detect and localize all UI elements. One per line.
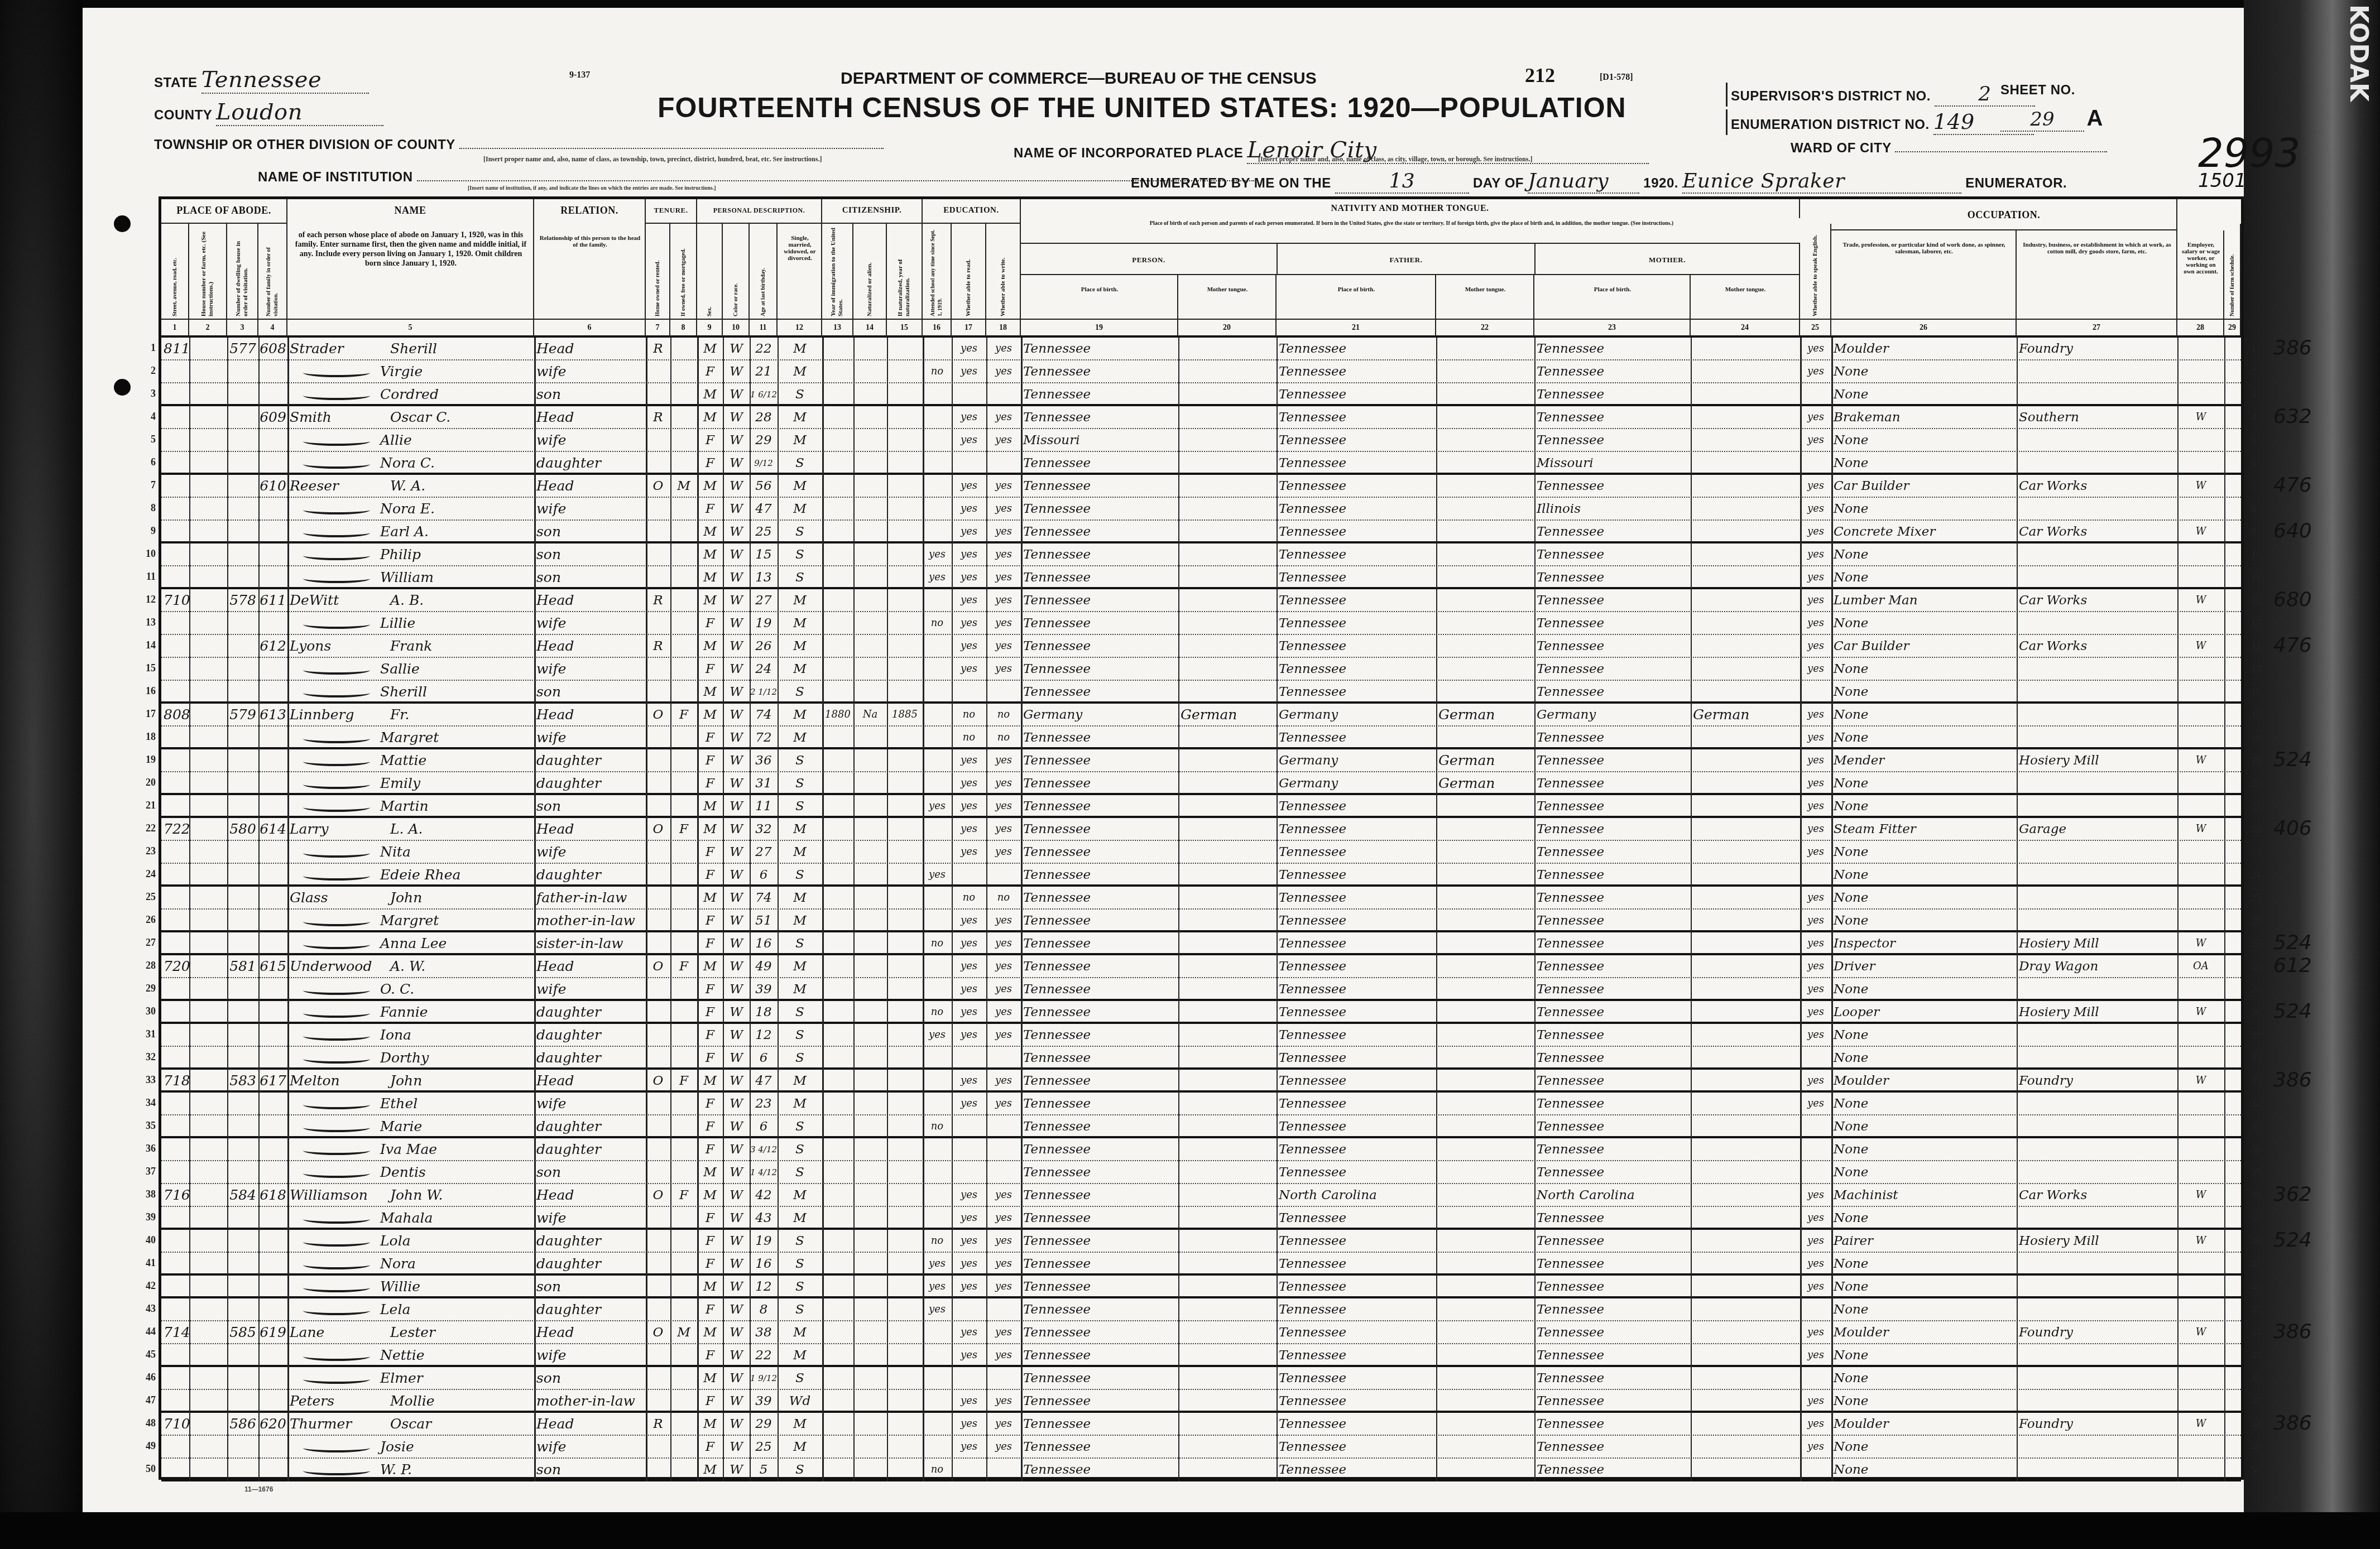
home-owned xyxy=(646,658,670,681)
father-tongue xyxy=(1436,1207,1534,1230)
relation: Head xyxy=(534,1184,646,1207)
immigration-year: 1880 xyxy=(822,704,853,727)
family-number xyxy=(258,360,287,383)
line-number-right: 36 xyxy=(2251,1144,2273,1156)
ditto-mark xyxy=(303,872,370,881)
house-number xyxy=(161,543,227,566)
relation: wife xyxy=(534,978,646,1001)
mother-birthplace: Tennessee xyxy=(1534,1138,1691,1161)
industry xyxy=(2017,543,2177,566)
race: W xyxy=(723,887,750,910)
given-name: Sherill xyxy=(380,684,427,700)
trade: Moulder xyxy=(1831,1070,2017,1093)
trade: None xyxy=(1831,1436,2017,1459)
mortgage xyxy=(670,1230,697,1253)
occupation-code: 386 xyxy=(2273,1320,2312,1343)
column-header-label: Employer, salary or wage worker, or work… xyxy=(2180,240,2222,276)
attended-school xyxy=(923,1367,952,1390)
trade: None xyxy=(1831,772,2017,795)
father-birthplace: Tennessee xyxy=(1277,383,1436,406)
person-name: DeWittA. B. xyxy=(287,589,534,612)
table-row: 37DentissonMW1 4/12STennesseeTennesseeTe… xyxy=(161,1161,2241,1184)
father-birthplace: Tennessee xyxy=(1277,589,1436,612)
race: W xyxy=(723,1459,750,1481)
house-number xyxy=(161,864,227,887)
column-number: 20 xyxy=(1178,320,1277,336)
attended-school xyxy=(923,429,952,452)
home-owned xyxy=(646,864,670,887)
ditto-mark xyxy=(303,1146,370,1155)
table-row: 8Nora E.wifeFW47MyesyesTennesseeTennesse… xyxy=(161,498,2241,521)
mortgage xyxy=(670,521,697,543)
table-row: 18MargretwifeFW72MnonoTennesseeTennessee… xyxy=(161,727,2241,749)
census-sheet: STATE Tennessee COUNTY Loudon TOWNSHIP O… xyxy=(83,8,2244,1512)
immigration-year xyxy=(822,589,853,612)
birthplace: Tennessee xyxy=(1021,612,1178,635)
can-write: yes xyxy=(986,338,1021,360)
occupation-code: 386 xyxy=(2273,1069,2312,1091)
mother-tongue xyxy=(1178,955,1277,978)
column-header-label: Mother tongue. xyxy=(1438,285,1532,294)
attended-school xyxy=(923,727,952,749)
line-number-right: 10 xyxy=(2251,549,2273,561)
marital-status: S xyxy=(778,1161,822,1184)
marital-status: S xyxy=(778,452,822,475)
race: W xyxy=(723,658,750,681)
worker-class xyxy=(2177,1115,2224,1138)
surname: Williamson xyxy=(290,1184,390,1206)
person-name: ReeserW. A. xyxy=(287,475,534,498)
family-number: 612 xyxy=(258,635,287,658)
speaks-english: yes xyxy=(1800,1321,1831,1344)
father-tongue xyxy=(1436,383,1534,406)
line-number-right: 35 xyxy=(2251,1121,2273,1133)
age: 27 xyxy=(750,841,778,864)
punch-hole xyxy=(114,215,131,232)
line-number: 40 xyxy=(130,1234,156,1246)
speaks-english xyxy=(1800,383,1831,406)
film-border-left xyxy=(0,0,83,1549)
given-name: William xyxy=(380,569,434,585)
person-name: Allie xyxy=(287,429,534,452)
home-owned xyxy=(646,1047,670,1070)
given-name: Josie xyxy=(380,1439,414,1455)
marital-status: M xyxy=(778,612,822,635)
given-name: Cordred xyxy=(380,386,439,402)
sex: F xyxy=(697,452,723,475)
father-birthplace: Tennessee xyxy=(1277,475,1436,498)
relation: daughter xyxy=(534,749,646,772)
mother-mother-tongue xyxy=(1691,1276,1800,1298)
attended-school xyxy=(923,1344,952,1367)
column-header-17: Whether able to read. xyxy=(952,224,986,319)
house-number xyxy=(161,1001,227,1024)
father-birthplace: Tennessee xyxy=(1277,429,1436,452)
speaks-english: yes xyxy=(1800,521,1831,543)
line-number-right: 38 xyxy=(2251,1190,2273,1201)
home-owned xyxy=(646,795,670,818)
surname: DeWitt xyxy=(290,589,390,612)
father-tongue xyxy=(1436,1047,1534,1070)
birthplace: Tennessee xyxy=(1021,360,1178,383)
age: 39 xyxy=(750,1390,778,1413)
father-tongue xyxy=(1436,932,1534,955)
race: W xyxy=(723,841,750,864)
column-header-16: Attended school any time since Sept. 1, … xyxy=(923,224,952,319)
mother-mother-tongue xyxy=(1691,1436,1800,1459)
trade: None xyxy=(1831,1276,2017,1298)
naturalization-year xyxy=(887,910,923,932)
attended-school xyxy=(923,841,952,864)
father-birthplace: Tennessee xyxy=(1277,1436,1436,1459)
column-header-10: Color or race. xyxy=(723,224,750,319)
father-tongue xyxy=(1436,1413,1534,1436)
occupation-code: 524 xyxy=(2273,748,2312,771)
can-read: yes xyxy=(952,1276,986,1298)
line-number: 31 xyxy=(130,1028,156,1040)
birthplace: Tennessee xyxy=(1021,338,1178,360)
birthplace: Tennessee xyxy=(1021,1024,1178,1047)
immigration-year xyxy=(822,910,853,932)
ditto-mark xyxy=(303,1169,370,1178)
house-number xyxy=(161,1390,227,1413)
trade: None xyxy=(1831,727,2017,749)
farm-schedule xyxy=(2224,818,2241,841)
ditto-mark xyxy=(303,666,370,675)
ditto-mark xyxy=(303,1100,370,1109)
column-header-label: Color or race. xyxy=(732,226,740,316)
line-number-right: 17 xyxy=(2251,709,2273,721)
column-rule xyxy=(287,338,289,1481)
sex: F xyxy=(697,932,723,955)
column-number: 11 xyxy=(750,320,778,336)
immigration-year xyxy=(822,406,853,429)
line-number-right: 31 xyxy=(2251,1030,2273,1041)
given-name: John W. xyxy=(390,1187,443,1203)
table-row: 27Anna Leesister-in-lawFW16SnoyesyesTenn… xyxy=(161,932,2241,955)
line-number-right: 19 xyxy=(2251,755,2273,767)
trade: None xyxy=(1831,1459,2017,1481)
trade: Car Builder xyxy=(1831,475,2017,498)
given-name: Fannie xyxy=(380,1004,428,1020)
speaks-english: yes xyxy=(1800,749,1831,772)
industry xyxy=(2017,681,2177,704)
mother-mother-tongue xyxy=(1691,1161,1800,1184)
ditto-mark xyxy=(303,1352,370,1361)
house-number xyxy=(161,681,227,704)
naturalization-year xyxy=(887,1184,923,1207)
immigration-year xyxy=(822,612,853,635)
speaks-english: yes xyxy=(1800,1093,1831,1115)
column-header-26: Trade, profession, or particular kind of… xyxy=(1831,230,2017,319)
can-write: yes xyxy=(986,841,1021,864)
industry xyxy=(2017,1115,2177,1138)
can-write: yes xyxy=(986,1024,1021,1047)
mother-birthplace: Tennessee xyxy=(1534,887,1691,910)
can-read: yes xyxy=(952,1024,986,1047)
person-name: W. P. xyxy=(287,1459,534,1481)
mother-birthplace: Tennessee xyxy=(1534,1321,1691,1344)
worker-class: W xyxy=(2177,932,2224,955)
birthplace: Tennessee xyxy=(1021,1390,1178,1413)
mother-tongue xyxy=(1178,1024,1277,1047)
relation: Head xyxy=(534,635,646,658)
occupation-code: 640 xyxy=(2273,519,2312,542)
race: W xyxy=(723,1276,750,1298)
can-read: yes xyxy=(952,429,986,452)
farm-schedule xyxy=(2224,1436,2241,1459)
relation: wife xyxy=(534,429,646,452)
father-birthplace: Tennessee xyxy=(1277,1276,1436,1298)
given-name: Mattie xyxy=(380,752,426,768)
column-rule xyxy=(986,338,987,1481)
dwelling-number: 579 xyxy=(227,704,258,727)
trade: None xyxy=(1831,887,2017,910)
immigration-year xyxy=(822,841,853,864)
can-write: yes xyxy=(986,589,1021,612)
line-number-right: 13 xyxy=(2251,618,2273,629)
house-number xyxy=(161,1047,227,1070)
given-name: Emily xyxy=(380,775,420,791)
mother-tongue xyxy=(1178,589,1277,612)
can-read: yes xyxy=(952,635,986,658)
home-owned xyxy=(646,841,670,864)
surname: Smith xyxy=(290,406,390,429)
worker-class xyxy=(2177,452,2224,475)
naturalized xyxy=(853,360,887,383)
father-birthplace: Tennessee xyxy=(1277,498,1436,521)
column-rule xyxy=(1436,338,1437,1481)
industry xyxy=(2017,864,2177,887)
naturalized xyxy=(853,910,887,932)
relation: mother-in-law xyxy=(534,910,646,932)
industry xyxy=(2017,1047,2177,1070)
attended-school xyxy=(923,910,952,932)
relation: son xyxy=(534,1161,646,1184)
naturalized xyxy=(853,1161,887,1184)
dwelling-number xyxy=(227,1436,258,1459)
marital-status: M xyxy=(778,589,822,612)
sex: M xyxy=(697,1367,723,1390)
surname: Linnberg xyxy=(290,704,390,726)
mother-mother-tongue xyxy=(1691,1184,1800,1207)
family-number: 615 xyxy=(258,955,287,978)
mother-tongue xyxy=(1178,1001,1277,1024)
race: W xyxy=(723,452,750,475)
given-name: L. A. xyxy=(390,821,423,837)
house-number xyxy=(161,795,227,818)
dwelling-number xyxy=(227,635,258,658)
immigration-year xyxy=(822,1436,853,1459)
birthplace: Tennessee xyxy=(1021,1161,1178,1184)
column-header-19: Place of birth. xyxy=(1021,275,1178,319)
line-number: 6 xyxy=(130,456,156,468)
farm-schedule xyxy=(2224,1138,2241,1161)
trade: Moulder xyxy=(1831,338,2017,360)
speaks-english: yes xyxy=(1800,498,1831,521)
group-education: EDUCATION. xyxy=(923,199,1021,224)
person-name: Nettie xyxy=(287,1344,534,1367)
mortgage: F xyxy=(670,818,697,841)
father-birthplace: North Carolina xyxy=(1277,1184,1436,1207)
naturalized xyxy=(853,772,887,795)
person-name: Mahala xyxy=(287,1207,534,1230)
birthplace: Tennessee xyxy=(1021,955,1178,978)
father-tongue xyxy=(1436,406,1534,429)
marital-status: M xyxy=(778,498,822,521)
line-number-right: 25 xyxy=(2251,892,2273,904)
mortgage xyxy=(670,338,697,360)
father-birthplace: Tennessee xyxy=(1277,932,1436,955)
age: 1 9/12 xyxy=(750,1367,778,1390)
can-write xyxy=(986,1161,1021,1184)
enumeration-district-field: ENUMERATION DISTRICT NO. 149 xyxy=(1726,109,2034,135)
house-number xyxy=(161,1161,227,1184)
can-write: yes xyxy=(986,1093,1021,1115)
occupation-code: 476 xyxy=(2273,634,2312,657)
mortgage xyxy=(670,1161,697,1184)
farm-schedule xyxy=(2224,406,2241,429)
naturalized xyxy=(853,543,887,566)
father-tongue xyxy=(1436,429,1534,452)
relation: wife xyxy=(534,1207,646,1230)
given-name: Mollie xyxy=(390,1393,434,1409)
mother-tongue xyxy=(1178,475,1277,498)
line-number: 44 xyxy=(130,1326,156,1338)
mother-tongue xyxy=(1178,841,1277,864)
home-owned: O xyxy=(646,1321,670,1344)
birthplace: Tennessee xyxy=(1021,1070,1178,1093)
mother-tongue xyxy=(1178,1184,1277,1207)
table-row: 22LarryL. A.722580614HeadOFMW32MyesyesTe… xyxy=(161,818,2241,841)
can-read: yes xyxy=(952,1070,986,1093)
mother-birthplace: Missouri xyxy=(1534,452,1691,475)
column-rule xyxy=(887,338,888,1481)
house-number xyxy=(161,1093,227,1115)
column-header-15: If naturalized, year of naturalization. xyxy=(887,224,923,319)
enumerated-label: ENUMERATED BY ME ON THE xyxy=(1131,176,1331,191)
column-header-label: If naturalized, year of naturalization. xyxy=(897,226,911,316)
sex: F xyxy=(697,1298,723,1321)
immigration-year xyxy=(822,887,853,910)
sex: F xyxy=(697,1001,723,1024)
occupation-code: 632 xyxy=(2273,405,2312,428)
mother-mother-tongue xyxy=(1691,1390,1800,1413)
speaks-english: yes xyxy=(1800,955,1831,978)
given-name: Sherill xyxy=(390,340,437,357)
birthplace: Tennessee xyxy=(1021,1298,1178,1321)
naturalization-year xyxy=(887,818,923,841)
speaks-english xyxy=(1800,1047,1831,1070)
race: W xyxy=(723,1138,750,1161)
marital-status: M xyxy=(778,1321,822,1344)
family-number: 620 xyxy=(258,1413,287,1436)
mortgage: M xyxy=(670,1321,697,1344)
marital-status: M xyxy=(778,429,822,452)
marital-status: S xyxy=(778,795,822,818)
birthplace: Tennessee xyxy=(1021,1436,1178,1459)
worker-class xyxy=(2177,1047,2224,1070)
naturalization-year xyxy=(887,1024,923,1047)
dwelling-number xyxy=(227,1298,258,1321)
worker-class xyxy=(2177,727,2224,749)
home-owned xyxy=(646,1390,670,1413)
farm-schedule xyxy=(2224,704,2241,727)
dwelling-number xyxy=(227,1390,258,1413)
stamp-subnumber: 1501 xyxy=(2198,170,2247,192)
naturalized xyxy=(853,521,887,543)
group-nativity: NATIVITY AND MOTHER TONGUE. xyxy=(1021,199,1800,218)
naturalization-year xyxy=(887,1367,923,1390)
person-name: StraderSherill xyxy=(287,338,534,360)
trade: None xyxy=(1831,360,2017,383)
relation: son xyxy=(534,1367,646,1390)
trade: None xyxy=(1831,841,2017,864)
sex: F xyxy=(697,1047,723,1070)
father-birthplace: Tennessee xyxy=(1277,910,1436,932)
mother-mother-tongue xyxy=(1691,566,1800,589)
marital-status: S xyxy=(778,1115,822,1138)
naturalized xyxy=(853,1115,887,1138)
home-owned xyxy=(646,1344,670,1367)
marital-status: S xyxy=(778,566,822,589)
can-write: yes xyxy=(986,360,1021,383)
home-owned xyxy=(646,772,670,795)
immigration-year xyxy=(822,521,853,543)
ditto-mark xyxy=(303,1375,370,1384)
age: 26 xyxy=(750,635,778,658)
industry xyxy=(2017,360,2177,383)
table-row: 33MeltonJohn718583617HeadOFMW47MyesyesTe… xyxy=(161,1070,2241,1093)
dwelling-number: 581 xyxy=(227,955,258,978)
column-header-27: Industry, business, or establishment in … xyxy=(2017,230,2177,319)
farm-schedule xyxy=(2224,887,2241,910)
person-name: Virgie xyxy=(287,360,534,383)
farm-schedule xyxy=(2224,1459,2241,1481)
dwelling-number xyxy=(227,452,258,475)
can-read: yes xyxy=(952,932,986,955)
attended-school: no xyxy=(923,932,952,955)
farm-schedule xyxy=(2224,1047,2241,1070)
dwelling-number xyxy=(227,727,258,749)
father-tongue xyxy=(1436,910,1534,932)
table-row: 11WilliamsonMW13SyesyesyesTennesseeTenne… xyxy=(161,566,2241,589)
birthplace: Tennessee xyxy=(1021,841,1178,864)
father-birthplace: Tennessee xyxy=(1277,1001,1436,1024)
worker-class: W xyxy=(2177,521,2224,543)
table-row: 20EmilydaughterFW31SyesyesTennesseeGerma… xyxy=(161,772,2241,795)
sex: F xyxy=(697,772,723,795)
family-number xyxy=(258,1253,287,1276)
father-tongue xyxy=(1436,658,1534,681)
ditto-mark xyxy=(303,940,370,949)
mother-tongue xyxy=(1178,1230,1277,1253)
column-number: 4 xyxy=(258,320,287,336)
race: W xyxy=(723,1093,750,1115)
trade: None xyxy=(1831,1138,2017,1161)
can-read: yes xyxy=(952,955,986,978)
marital-status: M xyxy=(778,955,822,978)
naturalization-year xyxy=(887,1298,923,1321)
speaks-english: yes xyxy=(1800,1070,1831,1093)
ditto-mark xyxy=(303,1261,370,1269)
table-row: 44LaneLester714585619HeadOMMW38MyesyesTe… xyxy=(161,1321,2241,1344)
farm-schedule xyxy=(2224,1230,2241,1253)
marital-status: S xyxy=(778,1367,822,1390)
column-header-21: Place of birth. xyxy=(1277,275,1436,319)
person-name: LinnbergFr. xyxy=(287,704,534,727)
industry: Hosiery Mill xyxy=(2017,749,2177,772)
